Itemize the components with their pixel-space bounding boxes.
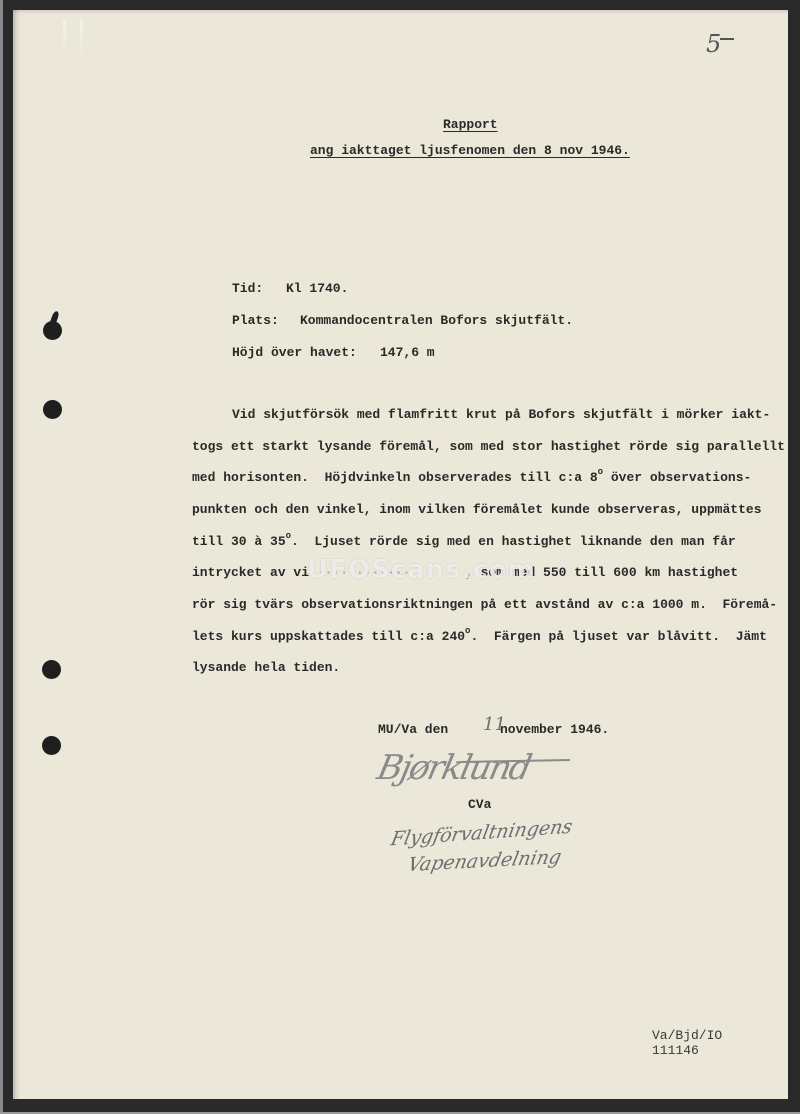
punch-hole-tear bbox=[50, 310, 60, 323]
body-line: med horisonten. Höjdvinkeln observerades… bbox=[192, 470, 751, 485]
time-value: Kl 1740. bbox=[286, 281, 348, 296]
body-line: togs ett starkt lysande föremål, som med… bbox=[192, 439, 785, 454]
punch-hole bbox=[42, 736, 61, 755]
punch-hole bbox=[42, 660, 61, 679]
body-text: . Färgen på ljuset var blåvitt. Jämt bbox=[470, 629, 766, 644]
scan-streak bbox=[80, 20, 83, 60]
document-page: 5 Rapport ang iakttaget ljusfenomen den … bbox=[13, 10, 788, 1099]
page-number: 5 bbox=[706, 30, 721, 58]
handwritten-title-line2: Vapenavdelning bbox=[406, 846, 564, 876]
scan-streak bbox=[63, 20, 66, 60]
punch-hole bbox=[43, 321, 62, 340]
place-date-suffix: november 1946. bbox=[500, 722, 609, 737]
scan-edge-left bbox=[0, 0, 3, 1114]
body-text: till 30 à 35 bbox=[192, 534, 286, 549]
body-line: Vid skjutförsök med flamfritt krut på Bo… bbox=[232, 407, 770, 422]
place-date-prefix: MU/Va den bbox=[378, 722, 448, 737]
report-subtitle: ang iakttaget ljusfenomen den 8 nov 1946… bbox=[310, 143, 630, 158]
degree-symbol: o bbox=[286, 531, 291, 541]
body-text: intrycket av vi bbox=[192, 565, 309, 580]
time-label: Tid: bbox=[232, 281, 263, 296]
handwritten-title-line1: Flygförvaltningens bbox=[389, 815, 574, 850]
place-label: Plats: bbox=[232, 313, 279, 328]
punch-hole bbox=[43, 400, 62, 419]
report-title: Rapport bbox=[443, 117, 498, 132]
watermark: UFOScans.com bbox=[307, 555, 536, 585]
signature: Bjørklund bbox=[374, 748, 534, 788]
body-line: lets kurs uppskattades till c:a 240o. Fä… bbox=[192, 629, 767, 644]
reference-code: Va/Bjd/IO bbox=[652, 1028, 722, 1043]
altitude-value: 147,6 m bbox=[380, 345, 435, 360]
body-text: över observations- bbox=[603, 470, 751, 485]
body-text: med horisonten. Höjdvinkeln observerades… bbox=[192, 470, 598, 485]
place-value: Kommandocentralen Bofors skjutfält. bbox=[300, 313, 573, 328]
body-text: lets kurs uppskattades till c:a 240 bbox=[192, 629, 465, 644]
signatory-title: CVa bbox=[468, 797, 491, 812]
reference-date: 111146 bbox=[652, 1043, 699, 1058]
body-line: punkten och den vinkel, inom vilken före… bbox=[192, 502, 762, 517]
degree-symbol: o bbox=[465, 626, 470, 636]
body-text: . Ljuset rörde sig med en hastighet likn… bbox=[291, 534, 736, 549]
body-line: rör sig tvärs observationsriktningen på … bbox=[192, 597, 777, 612]
page-number-dash bbox=[720, 38, 734, 40]
degree-symbol: o bbox=[598, 467, 603, 477]
altitude-label: Höjd över havet: bbox=[232, 345, 357, 360]
body-line: lysande hela tiden. bbox=[192, 660, 340, 675]
body-line: till 30 à 35o. Ljuset rörde sig med en h… bbox=[192, 534, 736, 549]
